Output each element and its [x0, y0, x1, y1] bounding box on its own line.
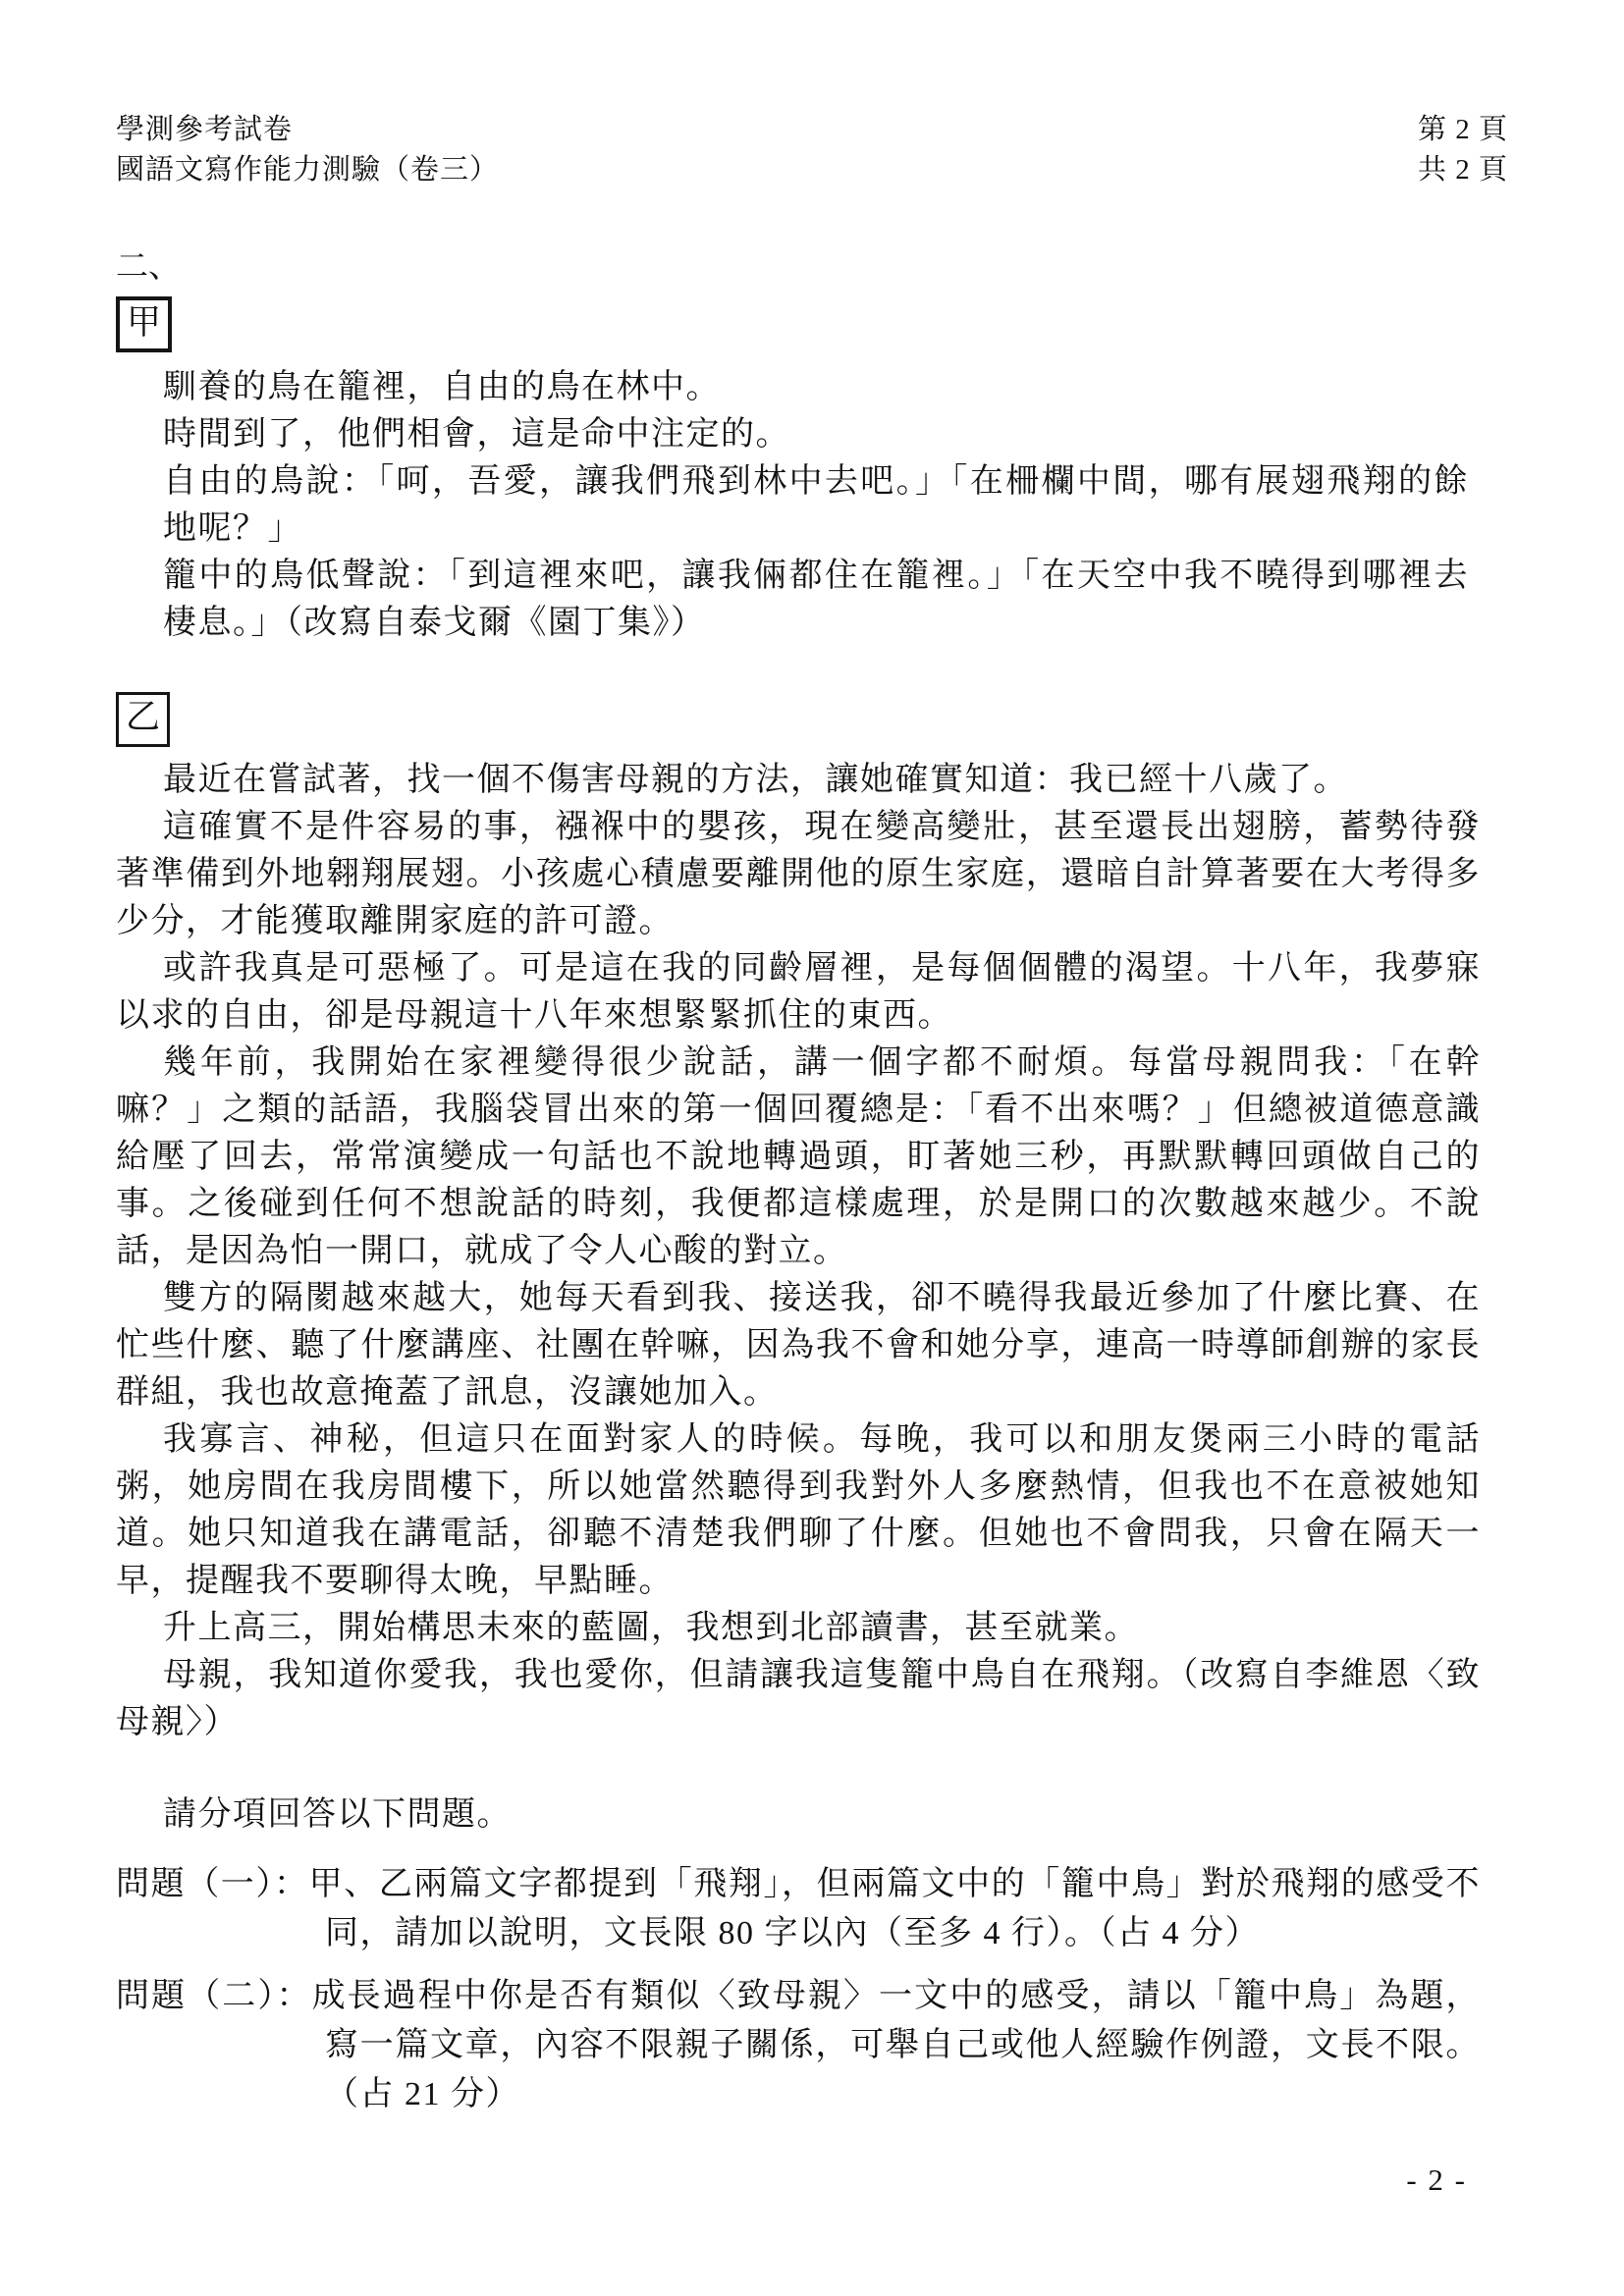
exam-title: 學測參考試卷: [116, 110, 499, 150]
part-b-paragraph: 幾年前，我開始在家裡變得很少說話，講一個字都不耐煩。每當母親問我：「在幹嘛？」之…: [116, 1040, 1481, 1275]
page-indicator: 第 2 頁: [1418, 110, 1508, 150]
question-label: 問題（二）：: [116, 1978, 312, 2014]
part-b-paragraph: 雙方的隔閡越來越大，她每天看到我、接送我，卻不曉得我最近參加了什麼比賽、在忙些什…: [116, 1275, 1481, 1416]
part-a-line: 馴養的鳥在籠裡，自由的鳥在林中。: [163, 364, 1469, 411]
question-text: 甲、乙兩篇文字都提到「飛翔」，但兩篇文中的「籠中鳥」對於飛翔的感受不同，請加以說…: [309, 1866, 1481, 1951]
total-pages-indicator: 共 2 頁: [1418, 150, 1508, 190]
header-left: 學測參考試卷 國語文寫作能力測驗（卷三）: [116, 110, 499, 190]
part-b-label-box-wrap: 乙: [116, 647, 1508, 746]
part-b-paragraph: 這確實不是件容易的事，襁褓中的嬰孩，現在變高變壯，甚至還長出翅膀，蓄勢待發著準備…: [116, 804, 1481, 945]
part-b-text: 最近在嘗試著，找一個不傷害母親的方法，讓她確實知道：我已經十八歲了。 這確實不是…: [116, 757, 1481, 1746]
header-right: 第 2 頁 共 2 頁: [1418, 110, 1508, 190]
exam-page: 學測參考試卷 國語文寫作能力測驗（卷三） 第 2 頁 共 2 頁 二、 甲 馴養…: [0, 0, 1624, 2296]
part-b-paragraph: 最近在嘗試著，找一個不傷害母親的方法，讓她確實知道：我已經十八歲了。: [116, 757, 1481, 804]
part-a-line: 籠中的鳥低聲說：「到這裡來吧，讓我倆都住在籠裡。」「在天空中我不曉得到哪裡去棲息…: [163, 553, 1469, 647]
page-content: 學測參考試卷 國語文寫作能力測驗（卷三） 第 2 頁 共 2 頁 二、 甲 馴養…: [0, 110, 1624, 2119]
question-item: 問題（二）：成長過程中你是否有類似〈致母親〉一文中的感受，請以「籠中鳥」為題，寫…: [116, 1972, 1481, 2119]
page-footer: - 2 -: [1406, 2163, 1467, 2198]
question-text: 成長過程中你是否有類似〈致母親〉一文中的感受，請以「籠中鳥」為題，寫一篇文章，內…: [312, 1978, 1481, 2112]
part-a-label-box: 甲: [116, 296, 172, 352]
part-a-line: 時間到了，他們相會，這是命中注定的。: [163, 411, 1469, 458]
instructions-line: 請分項回答以下問題。: [116, 1791, 1508, 1839]
part-b-paragraph: 我寡言、神秘，但這只在面對家人的時候。每晚，我可以和朋友煲兩三小時的電話粥，她房…: [116, 1416, 1481, 1605]
part-a-line: 自由的鳥說：「呵，吾愛，讓我們飛到林中去吧。」「在柵欄中間，哪有展翅飛翔的餘地呢…: [163, 458, 1469, 553]
exam-subject: 國語文寫作能力測驗（卷三）: [116, 150, 499, 190]
page-number: - 2 -: [1406, 2163, 1467, 2197]
questions-list: 問題（一）：甲、乙兩篇文字都提到「飛翔」，但兩篇文中的「籠中鳥」對於飛翔的感受不…: [116, 1860, 1481, 2119]
page-header: 學測參考試卷 國語文寫作能力測驗（卷三） 第 2 頁 共 2 頁: [116, 110, 1508, 190]
part-a-label-box-wrap: 甲: [116, 287, 1508, 352]
part-b-paragraph: 或許我真是可惡極了。可是這在我的同齡層裡，是每個個體的渴望。十八年，我夢寐以求的…: [116, 945, 1481, 1040]
section-number: 二、: [116, 247, 1508, 287]
question-item: 問題（一）：甲、乙兩篇文字都提到「飛翔」，但兩篇文中的「籠中鳥」對於飛翔的感受不…: [116, 1860, 1481, 1958]
part-b-paragraph: 母親，我知道你愛我，我也愛你，但請讓我這隻籠中鳥自在飛翔。（改寫自李維恩〈致母親…: [116, 1652, 1481, 1746]
part-b-label-box: 乙: [116, 692, 170, 746]
part-b-paragraph: 升上高三，開始構思未來的藍圖，我想到北部讀書，甚至就業。: [116, 1605, 1481, 1652]
question-label: 問題（一）：: [116, 1866, 309, 1902]
part-a-text: 馴養的鳥在籠裡，自由的鳥在林中。 時間到了，他們相會，這是命中注定的。 自由的鳥…: [163, 364, 1469, 647]
